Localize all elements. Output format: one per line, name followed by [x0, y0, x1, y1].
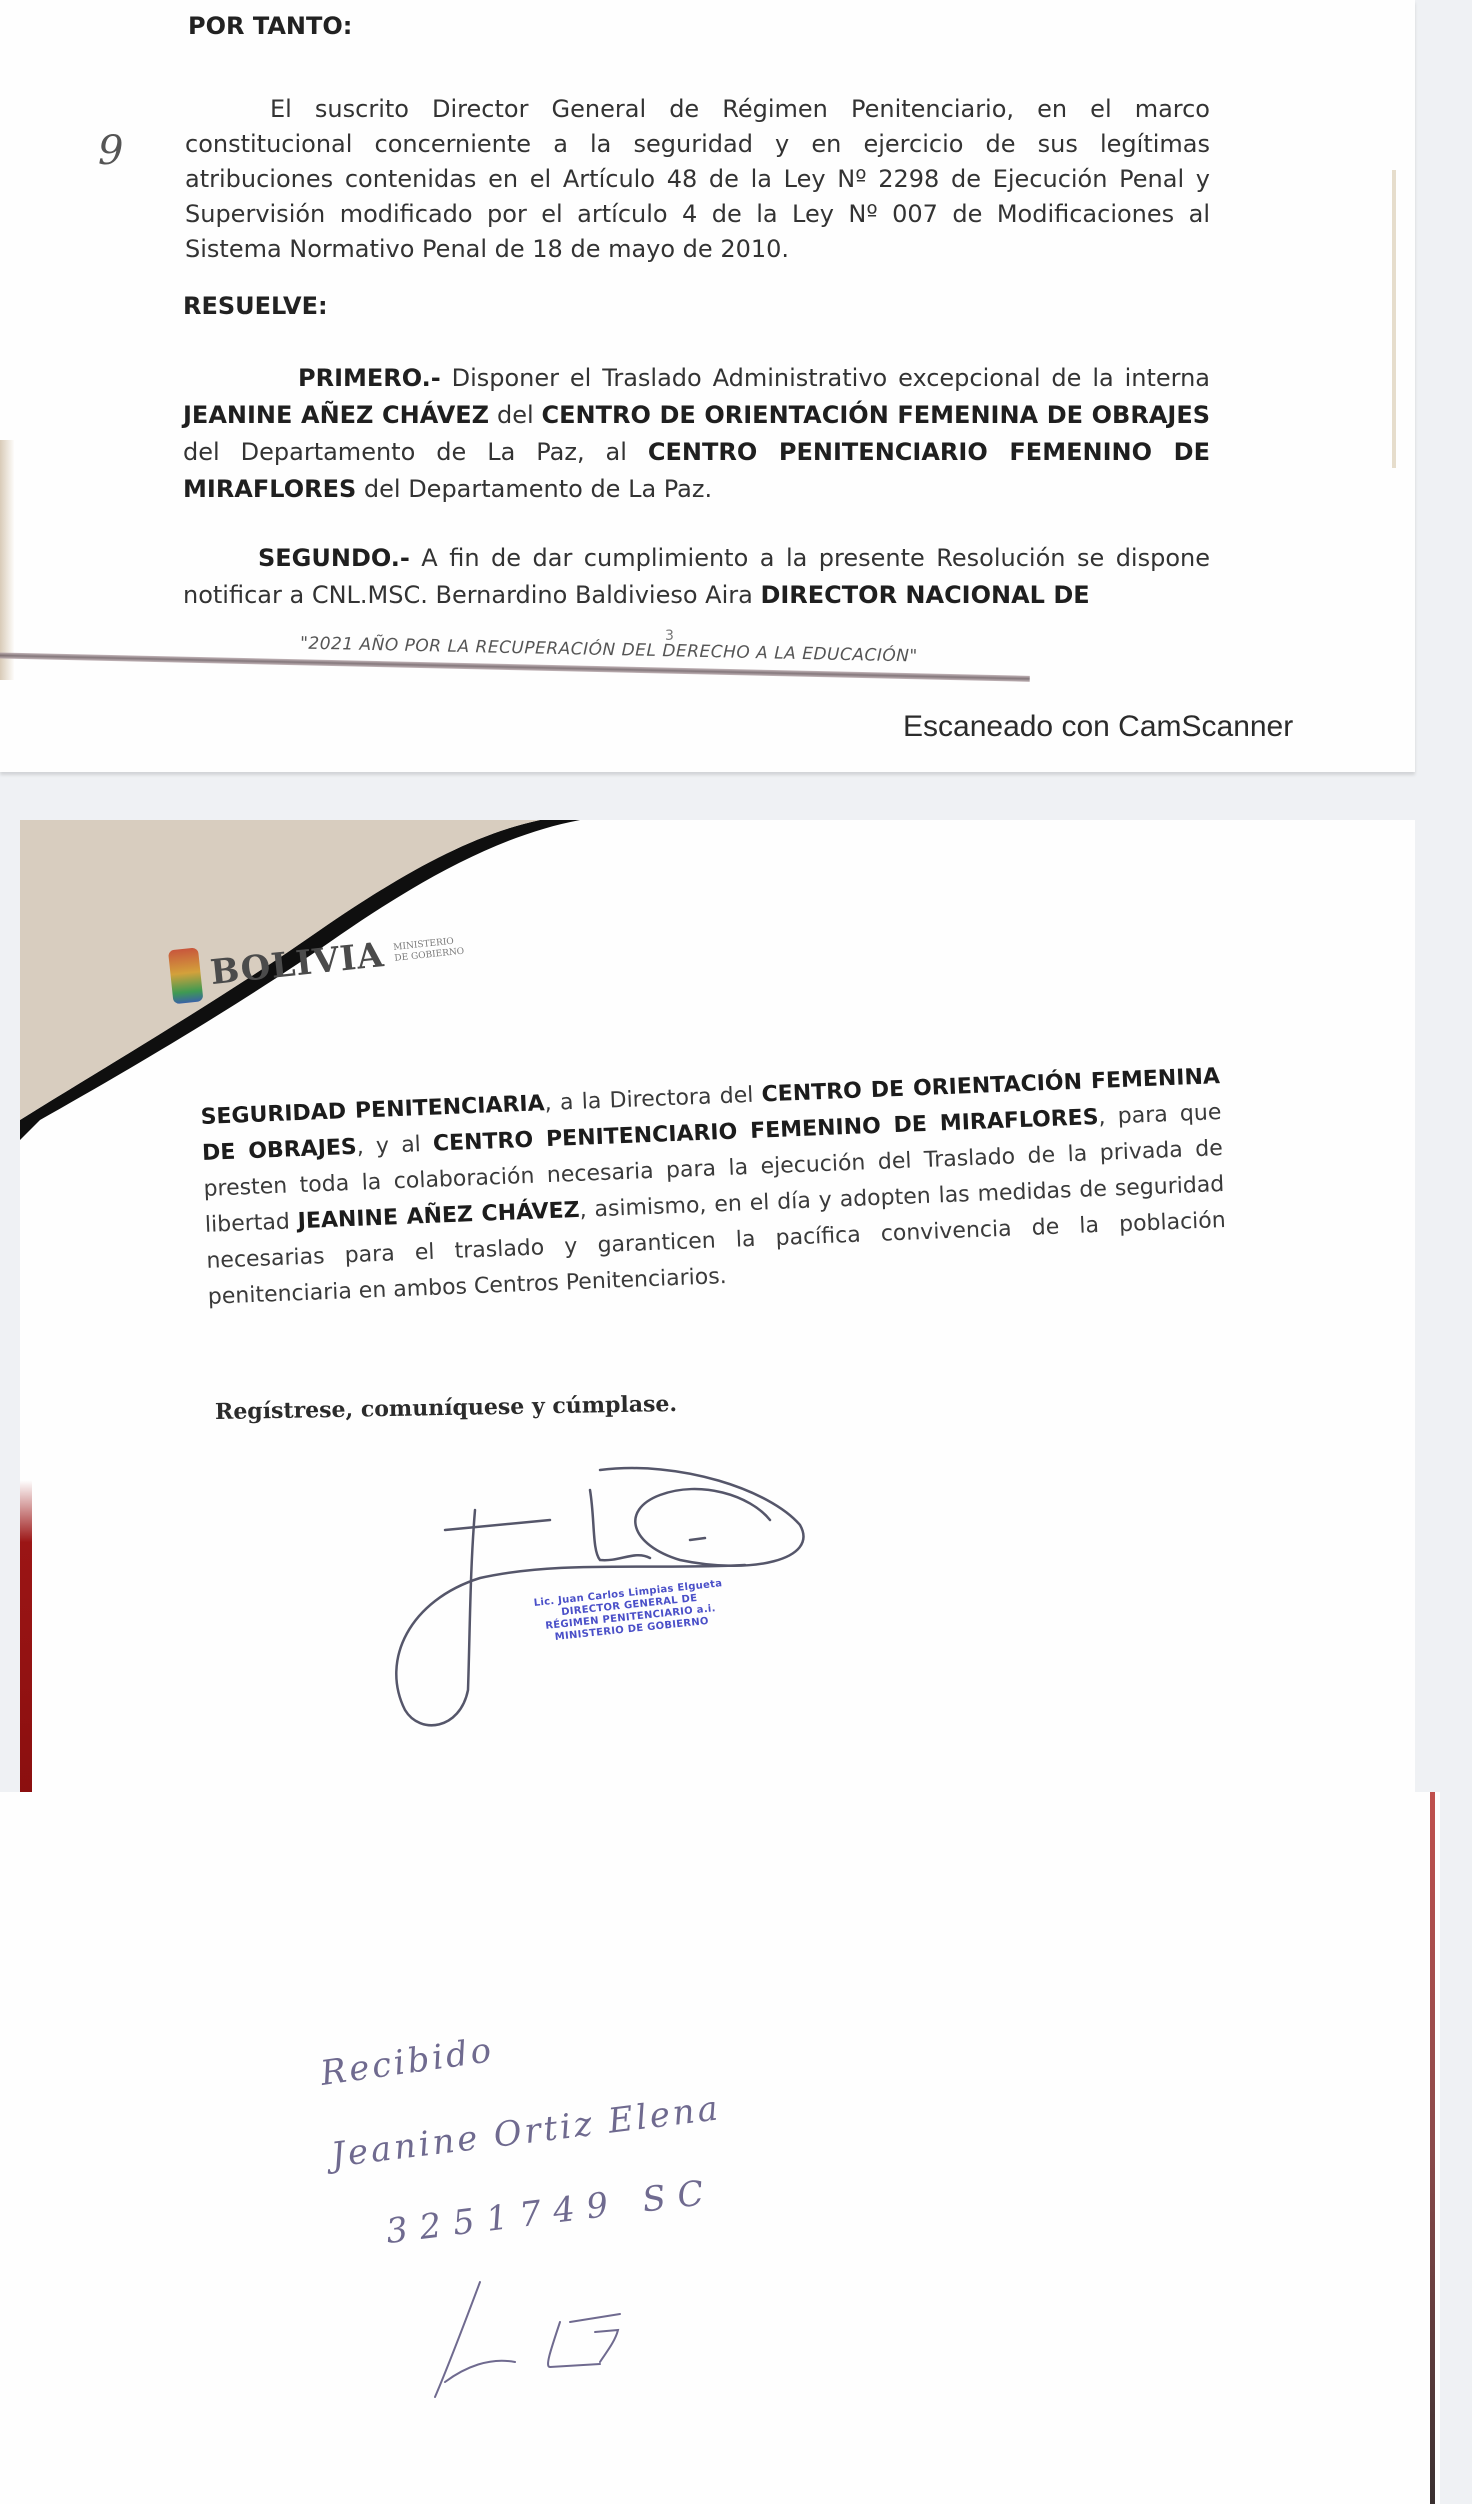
scanned-page-2: BOLIVIA Ministerio de Gobierno SEGURIDAD… — [20, 820, 1415, 1792]
paper-shadow — [0, 440, 14, 680]
primero-text: Disponer el Traslado Administrativo exce… — [441, 364, 1210, 392]
paragraph-intro: El suscrito Director General de Régimen … — [185, 92, 1210, 267]
paragraph-primero: PRIMERO.- Disponer el Traslado Administr… — [183, 360, 1210, 508]
inmate-name: JEANINE AÑEZ CHÁVEZ — [297, 1198, 580, 1234]
coat-of-arms-icon — [168, 947, 203, 1004]
paper-edge — [1392, 170, 1396, 468]
segundo-label: SEGUNDO.- — [258, 544, 410, 572]
handwritten-id-number: 3251749 SC — [384, 2172, 718, 2252]
notified-title: DIRECTOR NACIONAL DE — [760, 581, 1089, 609]
inmate-name: JEANINE AÑEZ CHÁVEZ — [183, 401, 489, 429]
paper-red-edge — [20, 1480, 32, 1792]
paragraph-segundo: SEGUNDO.- A fin de dar cumplimiento a la… — [183, 540, 1210, 614]
scanned-page-3: Recibido Jeanine Ortiz Elena 3251749 SC — [0, 1792, 1440, 2504]
handwritten-signature-icon — [420, 2272, 720, 2402]
paragraph-notification: SEGURIDAD PENITENCIARIA, a la Directora … — [200, 1059, 1228, 1316]
primero-label: PRIMERO.- — [298, 364, 441, 392]
body-text: , y al — [356, 1132, 433, 1160]
handwritten-received: Recibido — [318, 2030, 496, 2094]
logo-country: BOLIVIA — [208, 935, 386, 993]
heading-resuelve: RESUELVE: — [183, 292, 328, 320]
body-text: , a la Directora del — [544, 1082, 762, 1116]
heading-por-tanto: POR TANTO: — [188, 12, 352, 40]
margin-annotation: 9 — [98, 128, 123, 174]
primero-text: del Departamento de La Paz. — [356, 475, 712, 503]
logo-ministry: Ministerio de Gobierno — [393, 936, 465, 965]
primero-text: del Departamento de La Paz, al — [183, 438, 648, 466]
camscanner-watermark: Escaneado con CamScanner — [903, 710, 1293, 744]
primero-text: del — [489, 401, 541, 429]
handwritten-name: Jeanine Ortiz Elena — [329, 2088, 723, 2175]
bold-text: SEGURIDAD PENITENCIARIA — [200, 1091, 545, 1130]
origin-center: CENTRO DE ORIENTACIÓN FEMENINA DE OBRAJE… — [542, 401, 1211, 429]
paper-red-edge — [1430, 1792, 1435, 2504]
scanned-page-1: POR TANTO: 9 El suscrito Director Genera… — [0, 0, 1415, 772]
